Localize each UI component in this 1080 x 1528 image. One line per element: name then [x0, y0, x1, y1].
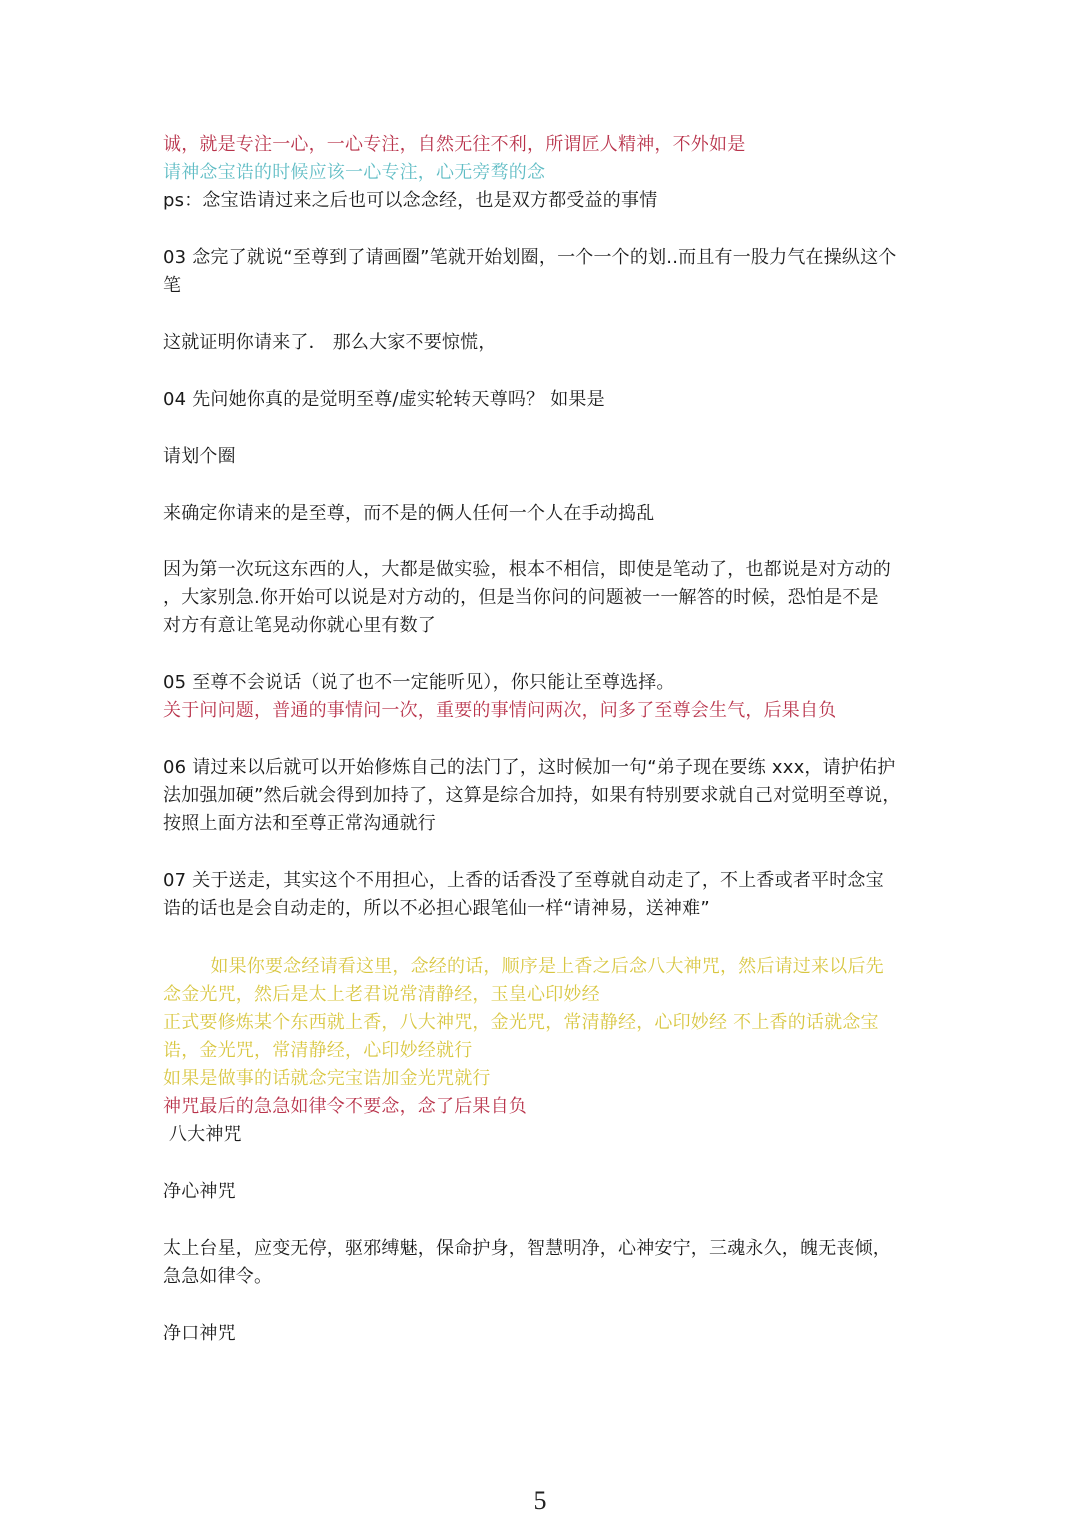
text-line-doing-things: 如果是做事的话就念完宝诰加金光咒就行 — [163, 1065, 923, 1093]
text-line-step-06-cont1: 法加强加硬”然后就会得到加持了，这算是综合加持，如果有特别要求就自己对觉明至尊说… — [163, 782, 923, 810]
text-line-final-warning: 神咒最后的急急如律令不要念，念了后果自负 — [163, 1093, 923, 1121]
text-line-asking-warning: 关于问问题，普通的事情问一次，重要的事情问两次，问多了至尊会生气，后果自负 — [163, 697, 923, 725]
text-line-step-07-cont: 诰的话也是会自动走的，所以不必担心跟笔仙一样“请神易，送神难” — [163, 895, 923, 923]
text-line-confirm: 来确定你请来的是至尊，而不是的俩人任何一个人在手动捣乱 — [163, 500, 923, 528]
text-line-ps: ps：念宝诰请过来之后也可以念念经，也是双方都受益的事情 — [163, 187, 923, 215]
text-line-chanting-order: 如果你要念经请看这里，念经的话，顺序是上香之后念八大神咒，然后请过来以后先 — [163, 953, 923, 981]
text-line-integrity: 诚，就是专注一心，一心专注，自然无往不利，所谓匠人精神，不外如是 — [163, 131, 923, 159]
text-line-step-06: 06 请过来以后就可以开始修炼自己的法门了，这时候加一句“弟子现在要练 xxx，… — [163, 754, 923, 782]
text-line-first-time-cont1: ，大家别急.你开始可以说是对方动的，但是当你问的问题被一一解答的时候，恐怕是不是 — [163, 584, 923, 612]
heading-purify-heart-mantra: 净心神咒 — [163, 1178, 923, 1206]
text-line-mantra-body-cont: 急急如律令。 — [163, 1263, 923, 1291]
text-line-first-time: 因为第一次玩这东西的人，大都是做实验，根本不相信，即使是笔动了，也都说是对方动的 — [163, 556, 923, 584]
text-line-mantra-body: 太上台星，应变无停，驱邪缚魅，保命护身，智慧明净，心神安宁，三魂永久，魄无丧倾， — [163, 1235, 923, 1263]
text-line-formal-practice: 正式要修炼某个东西就上香，八大神咒，金光咒，常清静经，心印妙经 不上香的话就念宝 — [163, 1009, 923, 1037]
document-page: 诚，就是专注一心，一心专注，自然无往不利，所谓匠人精神，不外如是 请神念宝诰的时… — [0, 0, 1080, 1528]
text-line-step-04: 04 先问她你真的是觉明至尊/虚实轮转天尊吗？ 如果是 — [163, 386, 923, 414]
text-line-proof: 这就证明你请来了． 那么大家不要惊慌， — [163, 329, 923, 357]
text-line-formal-practice-cont: 诰，金光咒，常清静经，心印妙经就行 — [163, 1037, 923, 1065]
text-line-focus: 请神念宝诰的时候应该一心专注，心无旁骛的念 — [163, 159, 923, 187]
text-line-step-06-cont2: 按照上面方法和至尊正常沟通就行 — [163, 810, 923, 838]
heading-eight-mantras: 八大神咒 — [163, 1121, 923, 1149]
text-line-draw-circle: 请划个圈 — [163, 443, 923, 471]
text-line-step-03: 03 念完了就说“至尊到了请画圈”笔就开始划圈，一个一个的划..而且有一股力气在… — [163, 244, 923, 272]
text-line-step-03-cont: 笔 — [163, 272, 923, 300]
text-line-chanting-order-cont: 念金光咒，然后是太上老君说常清静经，玉皇心印妙经 — [163, 981, 923, 1009]
text-line-step-07: 07 关于送走，其实这个不用担心，上香的话香没了至尊就自动走了，不上香或者平时念… — [163, 867, 923, 895]
page-number: 5 — [0, 1486, 1080, 1516]
text-line-first-time-cont2: 对方有意让笔晃动你就心里有数了 — [163, 612, 923, 640]
heading-purify-mouth-mantra: 净口神咒 — [163, 1320, 923, 1348]
text-line-step-05: 05 至尊不会说话（说了也不一定能听见），你只能让至尊选择。 — [163, 669, 923, 697]
